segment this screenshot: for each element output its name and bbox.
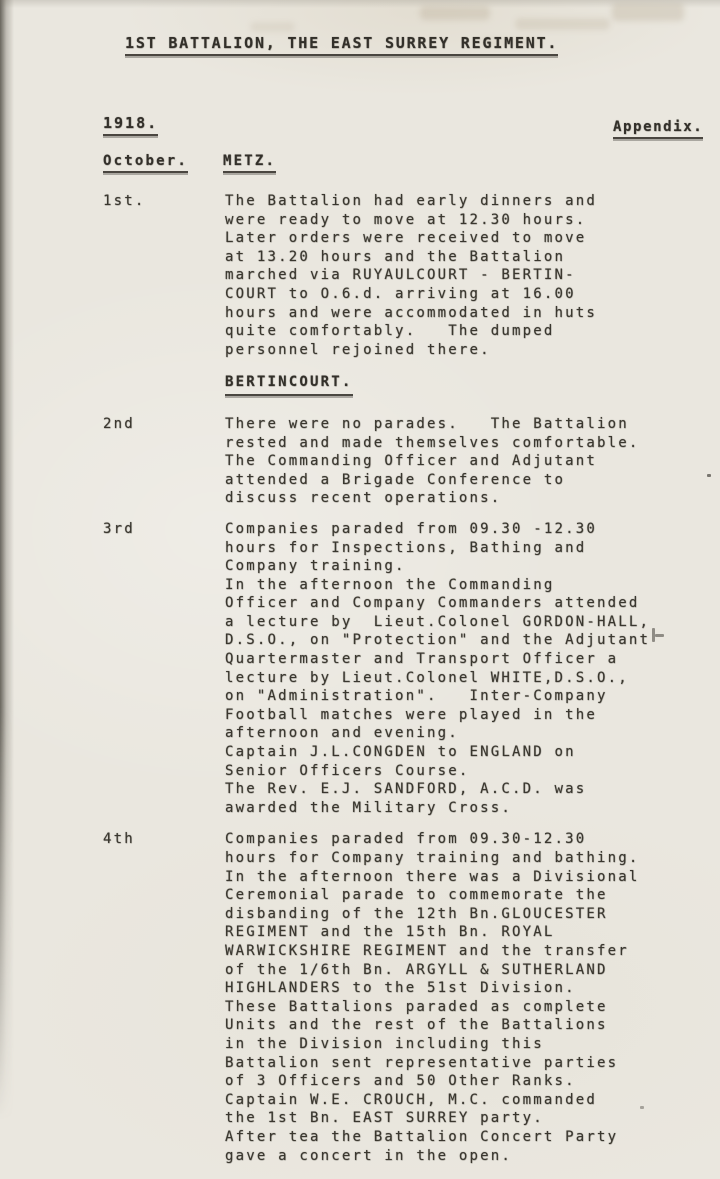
diary-entries: 1st. The Battalion had early dinners and… <box>103 192 678 1165</box>
diary-entry-1st: 1st. The Battalion had early dinners and… <box>103 192 678 359</box>
ink-speck <box>655 634 664 637</box>
bleed-through-mark <box>420 6 490 20</box>
ink-speck <box>640 1106 644 1109</box>
entry-text: Companies paraded from 09.30 -12.30 hour… <box>225 520 675 818</box>
entry-date: 3rd <box>103 520 225 818</box>
month-heading: October. <box>103 153 188 173</box>
bleed-through-mark <box>612 3 684 21</box>
entry-text: Companies paraded from 09.30-12.30 hours… <box>225 830 675 1165</box>
location-heading-metz: METZ. <box>223 153 276 173</box>
bleed-through-mark <box>250 22 295 32</box>
scan-left-edge-shadow <box>0 0 14 1179</box>
entry-date: 2nd <box>103 415 225 508</box>
entry-text: The Battalion had early dinners and were… <box>225 192 675 359</box>
appendix-label: Appendix. <box>613 119 703 139</box>
war-diary-scanned-page: 1ST BATTALION, THE EAST SURREY REGIMENT.… <box>0 0 720 1179</box>
ink-speck <box>707 474 711 477</box>
bleed-through-mark <box>515 18 610 30</box>
year-heading: 1918. <box>103 114 158 136</box>
diary-entry-4th: 4th Companies paraded from 09.30-12.30 h… <box>103 830 678 1165</box>
location-heading-row: BERTINCOURT. <box>225 373 678 396</box>
entry-text: There were no parades. The Battalion res… <box>225 415 675 508</box>
entry-date: 4th <box>103 830 225 1165</box>
location-heading-bertincourt: BERTINCOURT. <box>225 373 353 396</box>
page-title: 1ST BATTALION, THE EAST SURREY REGIMENT. <box>125 34 558 56</box>
entry-date: 1st. <box>103 192 225 359</box>
diary-entry-2nd: 2nd There were no parades. The Battalion… <box>103 415 678 508</box>
diary-entry-3rd: 3rd Companies paraded from 09.30 -12.30 … <box>103 520 678 818</box>
